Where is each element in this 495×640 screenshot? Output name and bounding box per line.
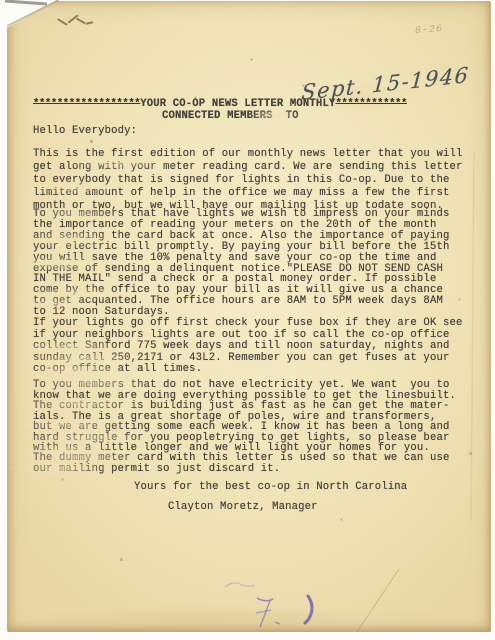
signature-line: Clayton Moretz, Manager: [168, 501, 318, 513]
pencil-mark: [76, 18, 86, 25]
asterisk-rule-left: ******************: [33, 98, 140, 110]
paragraph-dummy-card: The dummy meter card with this letter is…: [33, 453, 449, 475]
faint-pencil-note: 8-26: [415, 24, 444, 37]
paragraph-meter-billing: To you members that have lights we wish …: [33, 209, 449, 318]
newsletter-title-line: ******************YOUR CO-OP NEWS LETTER…: [33, 98, 407, 110]
pencil-mark: [86, 21, 93, 25]
ink-scribble-cross: [256, 610, 271, 613]
pencil-mark: [57, 18, 67, 25]
crease-line-right: [471, 151, 474, 521]
paper-sheet: 8-26 ******************YOUR CO-OP NEWS L…: [7, 1, 491, 632]
closing-line: Yours for the best co-op in North Caroli…: [134, 481, 407, 493]
ink-scribble-seven-stem: [260, 601, 270, 627]
ink-scribble-comma: [305, 596, 312, 623]
salutation: Hello Everybody:: [33, 125, 137, 137]
ink-scribble-seven: [257, 598, 273, 601]
paragraph-line-construction: To you members that do not have electric…: [33, 380, 456, 454]
scanned-letter: 8-26 ******************YOUR CO-OP NEWS L…: [0, 0, 495, 640]
crease-line: [357, 569, 399, 632]
newsletter-subtitle: CONNECTED MEMBERS TO: [162, 110, 299, 122]
ink-dot: [275, 622, 280, 624]
paragraph-outage-fuses: If your lights go off first check your f…: [33, 318, 462, 376]
pencil-squiggle: [225, 583, 255, 587]
paragraph-intro: This is the first edition of our monthly…: [33, 148, 462, 213]
